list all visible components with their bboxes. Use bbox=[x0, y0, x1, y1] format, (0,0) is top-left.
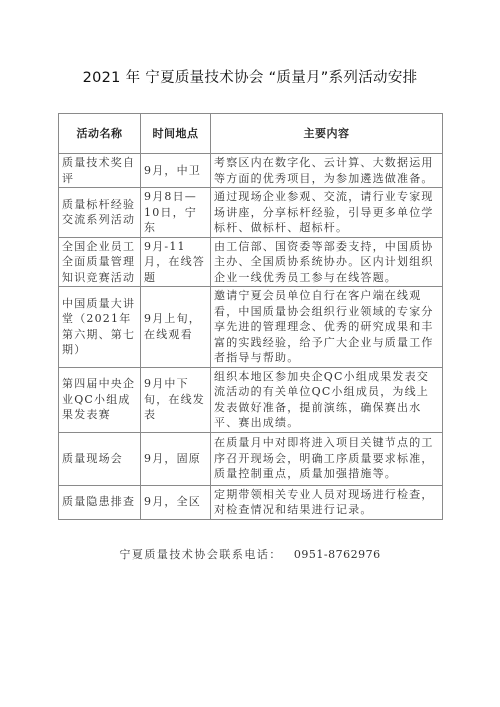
header-main-content: 主要内容 bbox=[211, 114, 443, 154]
time-place: 9月，全区 bbox=[141, 485, 211, 519]
main-content: 由工信部、国资委等部委支持，中国质协主办、全国质协系统协办。区内计划组织企业一线… bbox=[211, 237, 443, 287]
table-header-row: 活动名称 时间地点 主要内容 bbox=[59, 114, 443, 154]
table-row: 质量隐患排查 9月，全区 定期带领相关专业人员对现场进行检查，对检查情况和结果进… bbox=[59, 485, 443, 519]
header-time-place: 时间地点 bbox=[141, 114, 211, 154]
contact-footer: 宁夏质量技术协会联系电话：0951-8762976 bbox=[0, 546, 500, 562]
table-row: 质量标杆经验交流系列活动 9月8日—10日，宁东 通过现场企业参观、交流，请行业… bbox=[59, 188, 443, 238]
time-place: 9月，固原 bbox=[141, 432, 211, 485]
activity-name: 全国企业员工全面质量管理知识竞赛活动 bbox=[59, 237, 141, 287]
time-place: 9月8日—10日，宁东 bbox=[141, 188, 211, 238]
time-place: 9月上旬，在线观看 bbox=[141, 287, 211, 368]
main-content: 邀请宁夏会员单位自行在客户端在线观看，中国质量协会组织行业领域的专家分享先进的管… bbox=[211, 287, 443, 368]
page-title: 2021 年 宁夏质量技术协会 “质量月”系列活动安排 bbox=[0, 66, 500, 87]
time-place: 9月-11月，在线答题 bbox=[141, 237, 211, 287]
activity-name: 中国质量大讲堂（2021年第六期、第七期） bbox=[59, 287, 141, 368]
contact-phone: 0951-8762976 bbox=[294, 548, 381, 561]
header-activity-name: 活动名称 bbox=[59, 114, 141, 154]
activity-schedule-table: 活动名称 时间地点 主要内容 质量技术奖自评 9月，中卫 考察区内在数字化、云计… bbox=[58, 113, 443, 520]
activity-name: 第四届中央企业QC小组成果发表赛 bbox=[59, 367, 141, 432]
activity-name: 质量技术奖自评 bbox=[59, 154, 141, 188]
activity-name: 质量标杆经验交流系列活动 bbox=[59, 188, 141, 238]
table-row: 质量技术奖自评 9月，中卫 考察区内在数字化、云计算、大数据运用等方面的优秀项目… bbox=[59, 154, 443, 188]
table-row: 中国质量大讲堂（2021年第六期、第七期） 9月上旬，在线观看 邀请宁夏会员单位… bbox=[59, 287, 443, 368]
activity-name: 质量现场会 bbox=[59, 432, 141, 485]
time-place: 9月中下旬，在线发表 bbox=[141, 367, 211, 432]
time-place: 9月，中卫 bbox=[141, 154, 211, 188]
table-row: 质量现场会 9月，固原 在质量月中对即将进入项目关键节点的工序召开现场会，明确工… bbox=[59, 432, 443, 485]
main-content: 定期带领相关专业人员对现场进行检查，对检查情况和结果进行记录。 bbox=[211, 485, 443, 519]
table-row: 第四届中央企业QC小组成果发表赛 9月中下旬，在线发表 组织本地区参加央企QC小… bbox=[59, 367, 443, 432]
main-content: 组织本地区参加央企QC小组成果发表交流活动的有关单位QC小组成员，为线上发表做好… bbox=[211, 367, 443, 432]
contact-label: 宁夏质量技术协会联系电话： bbox=[119, 548, 282, 561]
main-content: 通过现场企业参观、交流，请行业专家现场讲座，分享标杆经验，引导更多单位学标杆、做… bbox=[211, 188, 443, 238]
activity-name: 质量隐患排查 bbox=[59, 485, 141, 519]
table-row: 全国企业员工全面质量管理知识竞赛活动 9月-11月，在线答题 由工信部、国资委等… bbox=[59, 237, 443, 287]
main-content: 考察区内在数字化、云计算、大数据运用等方面的优秀项目，为参加遴选做准备。 bbox=[211, 154, 443, 188]
main-content: 在质量月中对即将进入项目关键节点的工序召开现场会，明确工序质量要求标准，质量控制… bbox=[211, 432, 443, 485]
